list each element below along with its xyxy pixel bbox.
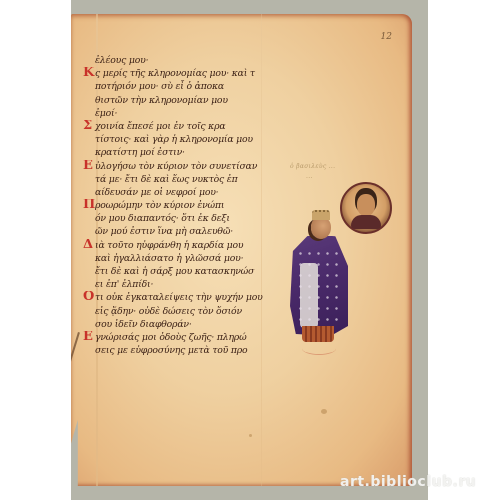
text-line: Σχοινία ἔπεσέ μοι ἐν τοῖς κρα	[83, 120, 283, 133]
text-line: ῶν μού ἐστιν ἵνα μὴ σαλευθῶ·	[83, 225, 283, 238]
text-line: ποτήριόν μου· σὺ εἶ ὁ ἀποκα	[83, 80, 283, 93]
red-initial: Ο	[83, 291, 94, 303]
parchment-stain	[321, 409, 327, 414]
text-line: Εὐλογήσω τὸν κύριον τὸν συνετίσαν	[83, 160, 283, 173]
red-initial: Ε	[83, 160, 93, 172]
text-line: θιστῶν τὴν κληρονομίαν μου	[83, 94, 283, 107]
crown	[312, 210, 330, 220]
cloak-ornament	[296, 248, 342, 328]
text-line: σεις με εὐφροσύνης μετὰ τοῦ προ	[83, 344, 283, 357]
text-line: εἰς ᾅδην· οὐδὲ δώσεις τὸν ὅσιόν	[83, 305, 283, 318]
text-line: Οτι οὐκ ἐγκαταλείψεις τὴν ψυχήν μου	[83, 291, 283, 304]
text-line: Κς μερίς τῆς κληρονομίας μου· καὶ τ	[83, 67, 283, 80]
greek-text-block: ἐλέους μου· Κς μερίς τῆς κληρονομίας μου…	[83, 54, 283, 357]
feet-sketch	[302, 342, 336, 355]
figure-head	[311, 217, 331, 239]
text-line: Προωρώμην τὸν κύριον ἐνώπι	[83, 199, 283, 212]
text-line: ει ἐπ' ἐλπίδι·	[83, 278, 283, 291]
miniature-caption: ὁ βασιλεὺς ...	[290, 163, 335, 170]
text-line: ἐλέους μου·	[83, 54, 283, 67]
text-line: Εγνώρισάς μοι ὁδοὺς ζωῆς· πληρώ	[83, 331, 283, 344]
text-line: τά με· ἔτι δὲ καὶ ἕως νυκτὸς ἐπ	[83, 173, 283, 186]
emperor-figure	[288, 208, 360, 358]
text-line: αίδευσάν με οἱ νεφροί μου·	[83, 186, 283, 199]
miniature-caption-line2: ...	[306, 173, 313, 180]
tunic-hem	[302, 326, 334, 342]
red-initial: Δ	[83, 239, 93, 251]
text-line: σου ἰδεῖν διαφθοράν·	[83, 318, 283, 331]
text-line: τίστοις· καὶ γὰρ ἡ κληρονομία μου	[83, 133, 283, 146]
red-initial: Ε	[83, 331, 93, 343]
red-initial: Π	[83, 199, 95, 211]
folio-number: 12	[381, 32, 392, 42]
text-line: ἐμοί·	[83, 107, 283, 120]
red-initial: Σ	[83, 120, 92, 132]
watermark: art.biblioclub.ru	[340, 474, 476, 490]
parchment-stain	[249, 434, 252, 437]
manuscript-page: 12 ἐλέους μου· Κς μερίς τῆς κληρονομίας …	[71, 14, 412, 486]
text-line: ἔτι δὲ καὶ ἡ σάρξ μου κατασκηνώσ	[83, 265, 283, 278]
text-line: Διὰ τοῦτο ηὐφράνθη ἡ καρδία μου	[83, 239, 283, 252]
text-line: όν μου διαπαντός· ὅτι ἐκ δεξι	[83, 212, 283, 225]
text-line: κρατίστη μοί ἐστιν·	[83, 146, 283, 159]
red-initial: Κ	[83, 67, 94, 79]
text-line: καὶ ἠγαλλιάσατο ἡ γλῶσσά μου·	[83, 252, 283, 265]
